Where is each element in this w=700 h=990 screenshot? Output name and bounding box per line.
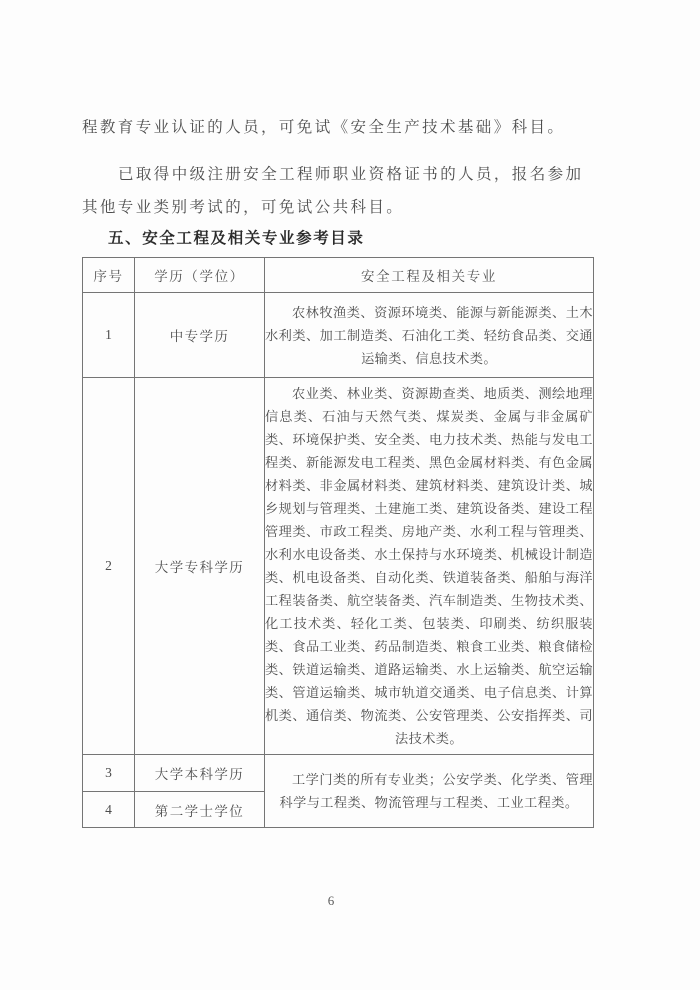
table-header-row: 序号 学历（学位） 安全工程及相关专业 xyxy=(83,258,594,293)
row-number: 4 xyxy=(83,792,135,828)
row-number: 3 xyxy=(83,755,135,792)
header-cell-majors: 安全工程及相关专业 xyxy=(265,258,594,293)
table-row: 2 大学专科学历 农业类、林业类、资源勘查类、地质类、测绘地理信息类、石油与天然… xyxy=(83,378,594,755)
degree-label: 中专学历 xyxy=(135,293,265,378)
header-cell-degree: 学历（学位） xyxy=(135,258,265,293)
document-page: 程教育专业认证的人员，可免试《安全生产技术基础》科目。 已取得中级注册安全工程师… xyxy=(0,0,700,990)
majors-cell-merged: 工学门类的所有专业类；公安学类、化学类、管理科学与工程类、物流管理与工程类、工业… xyxy=(265,755,594,828)
table-row: 1 中专学历 农林牧渔类、资源环境类、能源与新能源类、土木水利类、加工制造类、石… xyxy=(83,293,594,378)
table-row: 3 大学本科学历 工学门类的所有专业类；公安学类、化学类、管理科学与工程类、物流… xyxy=(83,755,594,792)
page-number: 6 xyxy=(0,893,681,909)
paragraph-exemption: 已取得中级注册安全工程师职业资格证书的人员，报名参加其他专业类别考试的，可免试公… xyxy=(82,158,593,224)
page-content: 程教育专业认证的人员，可免试《安全生产技术基础》科目。 已取得中级注册安全工程师… xyxy=(82,111,593,828)
majors-text: 农业类、林业类、资源勘查类、地质类、测绘地理信息类、石油与天然气类、煤炭类、金属… xyxy=(265,382,593,750)
degree-label: 大学专科学历 xyxy=(135,378,265,755)
paragraph-continuation: 程教育专业认证的人员，可免试《安全生产技术基础》科目。 xyxy=(82,111,593,144)
majors-text: 农林牧渔类、资源环境类、能源与新能源类、土木水利类、加工制造类、石油化工类、轻纺… xyxy=(265,301,593,370)
row-number: 1 xyxy=(83,293,135,378)
degree-label: 第二学士学位 xyxy=(135,792,265,828)
degree-label: 大学本科学历 xyxy=(135,755,265,792)
header-cell-no: 序号 xyxy=(83,258,135,293)
majors-reference-table: 序号 学历（学位） 安全工程及相关专业 1 中专学历 农林牧渔类、资源环境类、能… xyxy=(82,257,594,828)
majors-cell: 农林牧渔类、资源环境类、能源与新能源类、土木水利类、加工制造类、石油化工类、轻纺… xyxy=(265,293,594,378)
row-number: 2 xyxy=(83,378,135,755)
majors-cell: 农业类、林业类、资源勘查类、地质类、测绘地理信息类、石油与天然气类、煤炭类、金属… xyxy=(265,378,594,755)
section-heading: 五、安全工程及相关专业参考目录 xyxy=(82,226,593,252)
majors-text: 工学门类的所有专业类；公安学类、化学类、管理科学与工程类、物流管理与工程类、工业… xyxy=(265,768,593,814)
